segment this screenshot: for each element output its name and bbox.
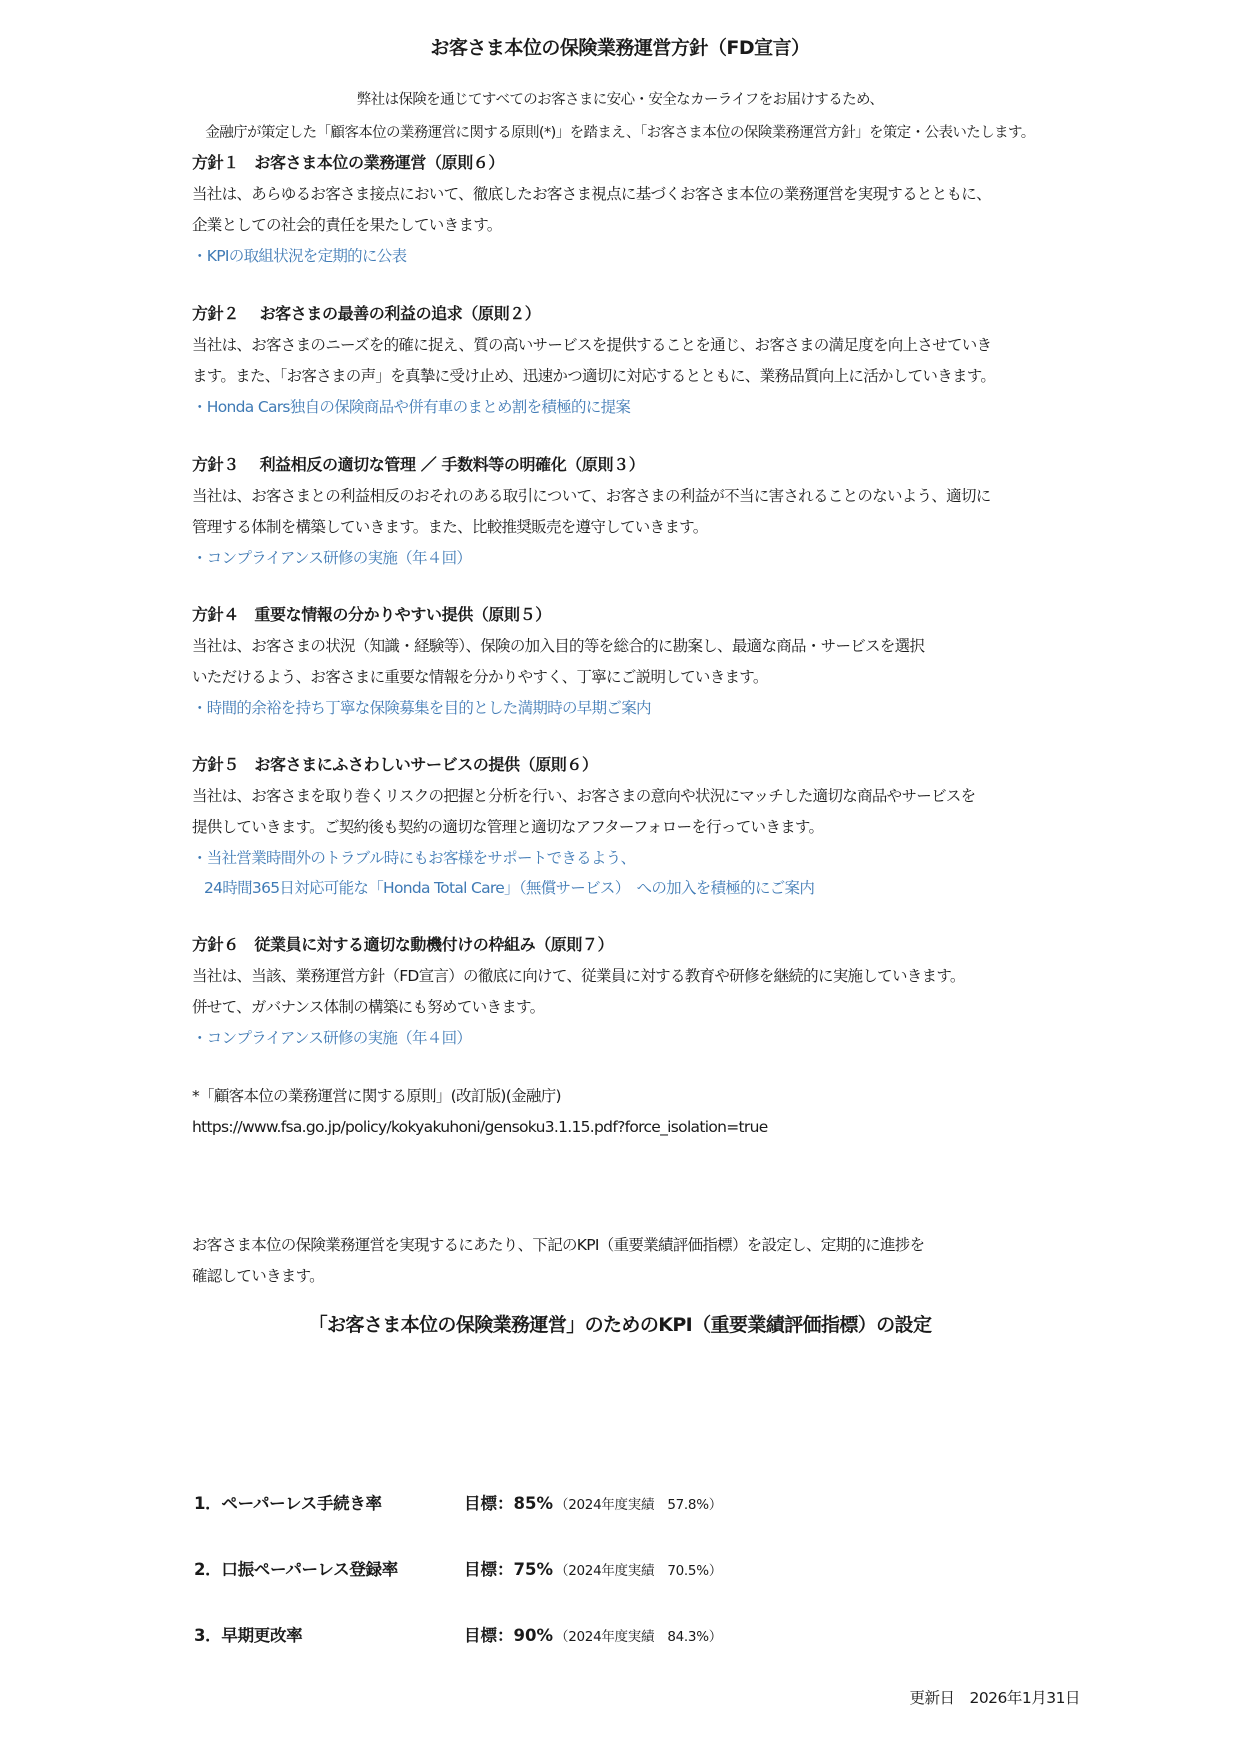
kpi-intro-line: お客さま本位の保険業務運営を実現するにあたり、下記のKPI（重要業績評価指標）を… [192, 1235, 924, 1255]
policy-body-line: 提供していきます。ご契約後も契約の適切な管理と適切なアフターフォローを行っていき… [192, 817, 823, 837]
policy-action-continuation: 24時間365日対応可能な「Honda Total Care」（無償サービス） … [204, 878, 814, 898]
kpi-actual: （2024年度実績 57.8%） [555, 1497, 722, 1513]
policy-heading: 方針２ お客さまの最善の利益の追求（原則２） [192, 304, 540, 324]
kpi-target-group: 目標：85%（2024年度実績 57.8%） [464, 1490, 722, 1514]
policy-body-line: 当社は、お客さまの状況（知識・経験等）、保険の加入目的等を総合的に勘案し、最適な… [192, 636, 924, 656]
kpi-target: 目標：85% [464, 1494, 553, 1513]
policy-heading: 方針４ 重要な情報の分かりやすい提供（原則５） [192, 605, 551, 625]
policy-body-line: ます。また、「お客さまの声」を真摯に受け止め、迅速かつ適切に対応するとともに、業… [192, 366, 995, 386]
footnote-url-link[interactable]: https://www.fsa.go.jp/policy/kokyakuhoni… [192, 1117, 768, 1137]
kpi-item-3: 3．早期更改率 目標：90%（2024年度実績 84.3%） [194, 1622, 894, 1646]
policy-body-line: 当社は、お客さまのニーズを的確に捉え、質の高いサービスを提供することを通じ、お客… [192, 335, 991, 355]
policy-body-line: 当社は、お客さまとの利益相反のおそれのある取引について、お客さまの利益が不当に害… [192, 486, 991, 506]
intro-line-1: 弊社は保険を通じてすべてのお客さまに安心・安全なカーライフをお届けするため、 [0, 88, 1240, 109]
policy-body-line: 管理する体制を構築していきます。また、比較推奨販売を遵守していきます。 [192, 517, 708, 537]
kpi-name: 1．ペーパーレス手続き率 [194, 1490, 382, 1514]
policy-heading: 方針５ お客さまにふさわしいサービスの提供（原則６） [192, 755, 598, 775]
kpi-item-2: 2．口振ペーパーレス登録率 目標：75%（2024年度実績 70.5%） [194, 1556, 894, 1580]
kpi-item-1: 1．ペーパーレス手続き率 目標：85%（2024年度実績 57.8%） [194, 1490, 894, 1514]
kpi-target-group: 目標：90%（2024年度実績 84.3%） [464, 1622, 722, 1646]
policy-body-line: 併せて、ガバナンス体制の構築にも努めていきます。 [192, 997, 544, 1017]
policy-action: ・コンプライアンス研修の実施（年４回） [192, 548, 471, 568]
kpi-target: 目標：75% [464, 1560, 553, 1579]
intro-line-2: 金融庁が策定した「顧客本位の業務運営に関する原則(*)」を踏まえ、「お客さま本位… [0, 121, 1240, 142]
footnote-label: *「顧客本位の業務運営に関する原則」(改訂版)(金融庁) [192, 1086, 561, 1106]
kpi-name: 3．早期更改率 [194, 1622, 302, 1646]
policy-body-line: 企業としての社会的責任を果たしていきます。 [192, 215, 502, 235]
kpi-intro-line: 確認していきます。 [192, 1266, 324, 1286]
policy-action: ・KPIの取組状況を定期的に公表 [192, 246, 406, 266]
kpi-actual: （2024年度実績 84.3%） [555, 1629, 722, 1645]
policy-action: ・当社営業時間外のトラブル時にもお客様をサポートできるよう、 [192, 848, 635, 868]
policy-action: ・Honda Cars独自の保険商品や併有車のまとめ割を積極的に提案 [192, 397, 630, 417]
kpi-target: 目標：90% [464, 1626, 553, 1645]
policy-action: ・コンプライアンス研修の実施（年４回） [192, 1028, 471, 1048]
kpi-name: 2．口振ペーパーレス登録率 [194, 1556, 398, 1580]
policy-body-line: 当社は、あらゆるお客さま接点において、徹底したお客さま視点に基づくお客さま本位の… [192, 184, 991, 204]
updated-date: 更新日 2026年1月31日 [909, 1686, 1080, 1708]
policy-body-line: いただけるよう、お客さまに重要な情報を分かりやすく、丁寧にご説明していきます。 [192, 667, 768, 687]
policy-body-line: 当社は、当該、業務運営方針（FD宣言）の徹底に向けて、従業員に対する教育や研修を… [192, 966, 965, 986]
kpi-target-group: 目標：75%（2024年度実績 70.5%） [464, 1556, 722, 1580]
policy-heading: 方針１ お客さま本位の業務運営（原則６） [192, 153, 504, 173]
policy-heading: 方針６ 従業員に対する適切な動機付けの枠組み（原則７） [192, 935, 613, 955]
kpi-section-title: 「お客さま本位の保険業務運営」のためのKPI（重要業績評価指標）の設定 [0, 1310, 1240, 1337]
policy-body-line: 当社は、お客さまを取り巻くリスクの把握と分析を行い、お客さまの意向や状況にマッチ… [192, 786, 975, 806]
page-title: お客さま本位の保険業務運営方針（FD宣言） [0, 33, 1240, 60]
policy-action: ・時間的余裕を持ち丁寧な保険募集を目的とした満期時の早期ご案内 [192, 698, 651, 718]
kpi-actual: （2024年度実績 70.5%） [555, 1563, 722, 1579]
fd-declaration-page: お客さま本位の保険業務運営方針（FD宣言） 弊社は保険を通じてすべてのお客さまに… [0, 0, 1240, 1754]
policy-heading: 方針３ 利益相反の適切な管理 ／ 手数料等の明確化（原則３） [192, 455, 644, 475]
